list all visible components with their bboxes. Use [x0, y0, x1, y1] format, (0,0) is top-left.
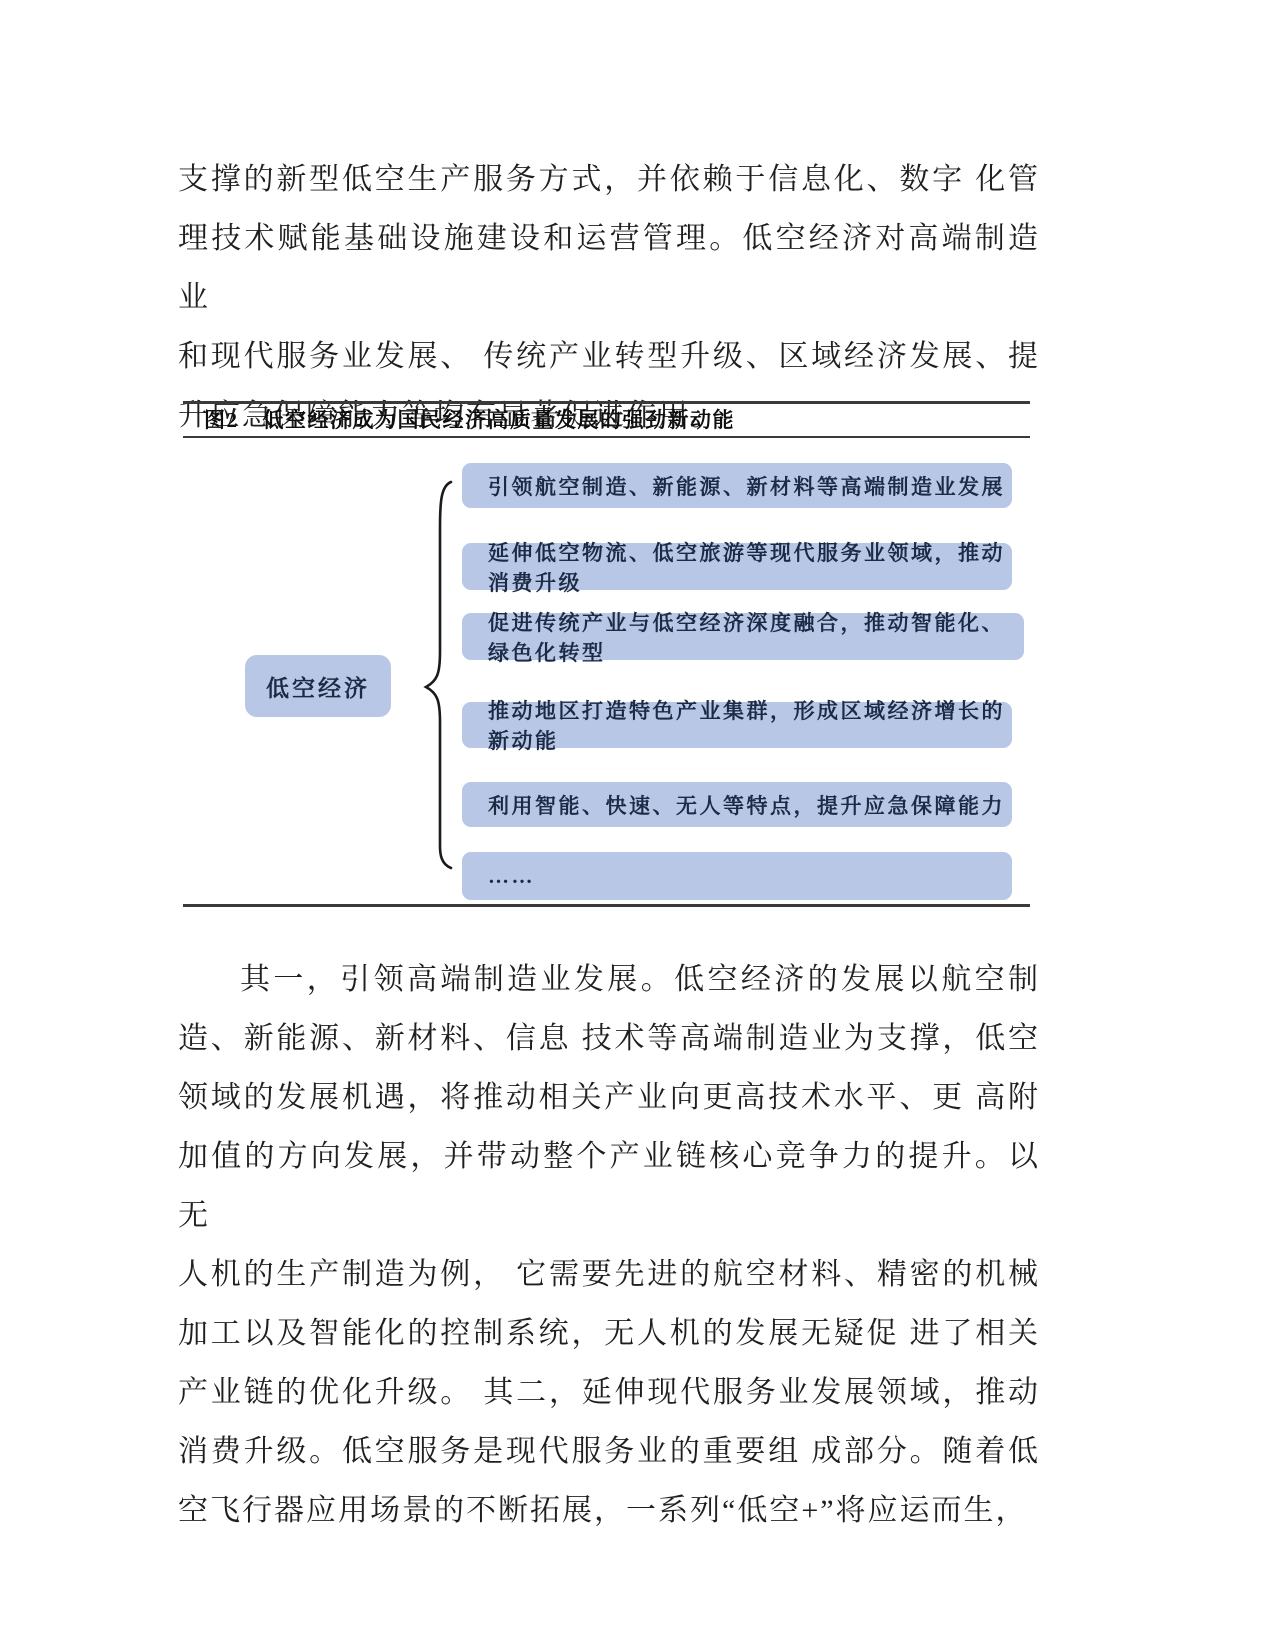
paragraph-line: 加值的方向发展，并带动整个产业链核心竞争力的提升。以无 [178, 1127, 1040, 1245]
diagram-root-node: 低空经济 [245, 655, 391, 717]
document-page: 支撑的新型低空生产服务方式，并依赖于信息化、数字 化管 理技术赋能基础设施建设和… [0, 0, 1275, 1650]
diagram-branch-box: …… [462, 852, 1012, 900]
diagram-branch-box: 利用智能、快速、无人等特点，提升应急保障能力 [462, 782, 1012, 827]
paragraph-line: 加工以及智能化的控制系统，无人机的发展无疑促 进了相关 [178, 1304, 1040, 1363]
figure-bottom-rule [183, 904, 1030, 907]
paragraph-line: 其一，引领高端制造业发展。低空经济的发展以航空制 [178, 950, 1040, 1009]
diagram-branch-box: 促进传统产业与低空经济深度融合，推动智能化、绿色化转型 [462, 613, 1024, 660]
paragraph-line: 领域的发展机遇，将推动相关产业向更高技术水平、更 高附 [178, 1068, 1040, 1127]
paragraph-line: 造、新能源、新材料、信息 技术等高端制造业为支撑，低空 [178, 1009, 1040, 1068]
paragraph-line: 支撑的新型低空生产服务方式，并依赖于信息化、数字 化管 [178, 150, 1040, 209]
paragraph-line: 产业链的优化升级。 其二，延伸现代服务业发展领域，推动 [178, 1363, 1040, 1422]
figure-caption-rule [183, 436, 1030, 438]
figure-caption-label: 图2 [204, 404, 239, 434]
paragraph-line: 和现代服务业发展、 传统产业转型升级、区域经济发展、提 [178, 327, 1040, 386]
diagram-branch-box: 延伸低空物流、低空旅游等现代服务业领域，推动消费升级 [462, 543, 1012, 590]
paragraph-line: 消费升级。低空服务是现代服务业的重要组 成部分。随着低 [178, 1422, 1040, 1481]
figure-caption: 图2 低空经济成为国民经济高质量发展的强劲新动能 [204, 404, 735, 434]
paragraph-line: 空飞行器应用场景的不断拓展，一系列“低空+”将应运而生， [178, 1481, 1040, 1540]
paragraph-bottom: 其一，引领高端制造业发展。低空经济的发展以航空制 造、新能源、新材料、信息 技术… [178, 950, 1040, 1540]
diagram-branch-box: 推动地区打造特色产业集群，形成区域经济增长的新动能 [462, 702, 1012, 748]
figure-caption-title: 低空经济成为国民经济高质量发展的强劲新动能 [263, 404, 736, 434]
paragraph-line: 人机的生产制造为例， 它需要先进的航空材料、精密的机械 [178, 1245, 1040, 1304]
diagram-branch-box: 引领航空制造、新能源、新材料等高端制造业发展 [462, 463, 1012, 508]
brace-icon [420, 480, 454, 870]
paragraph-line: 理技术赋能基础设施建设和运营管理。低空经济对高端制造业 [178, 209, 1040, 327]
